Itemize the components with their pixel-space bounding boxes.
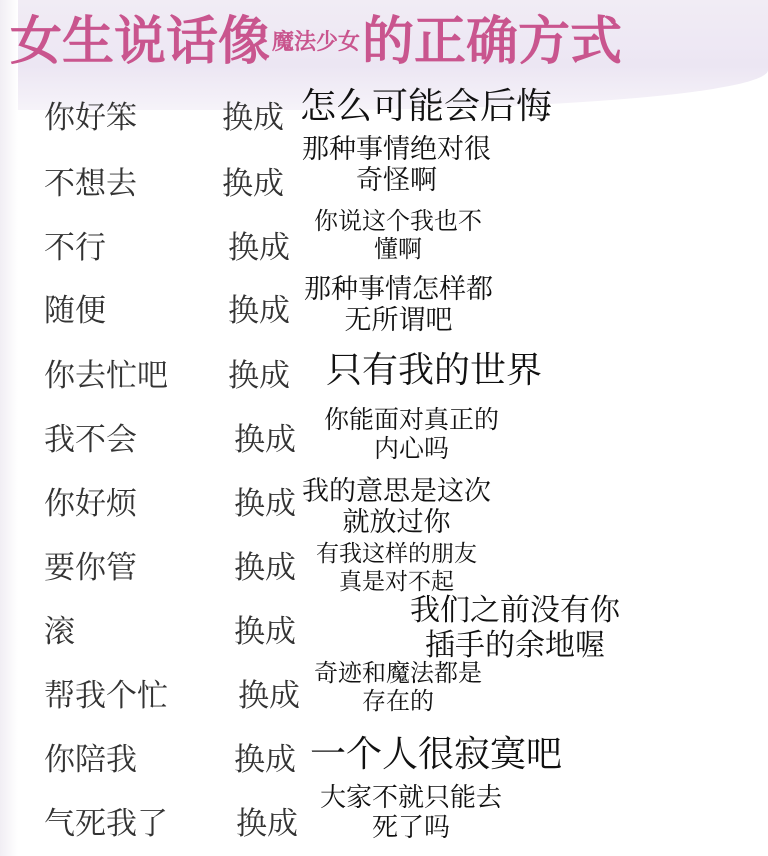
swap-label: 换成 (234, 606, 296, 651)
replacement-line: 存在的 (314, 688, 482, 716)
replacement-line: 奇迹和魔法都是 (314, 660, 482, 688)
replacement-line: 内心吗 (324, 435, 499, 464)
replacement-phrase: 怎么可能会后悔 (300, 86, 552, 127)
original-phrase: 要你管 (44, 542, 137, 587)
replacement-line: 奇怪啊 (302, 165, 491, 196)
replacement-line: 就放过你 (302, 507, 491, 538)
swap-label: 换成 (228, 350, 290, 395)
title-part-1: 女生说话像 (10, 0, 270, 74)
swap-label: 换成 (222, 92, 284, 137)
page-title: 女生说话像 魔法少女 的正确方式 (10, 4, 622, 68)
replacement-phrase: 我的意思是这次 就放过你 (302, 476, 491, 538)
replacement-line: 你能面对真正的 (324, 406, 499, 435)
original-phrase: 你陪我 (44, 734, 137, 779)
replacement-line: 我的意思是这次 (302, 476, 491, 507)
swap-label: 换成 (236, 798, 298, 843)
original-phrase: 不行 (44, 222, 106, 267)
swap-label: 换成 (238, 670, 300, 715)
original-phrase: 不想去 (44, 158, 137, 203)
replacement-line: 有我这样的朋友 (316, 541, 477, 569)
swap-label: 换成 (222, 158, 284, 203)
original-phrase: 我不会 (44, 414, 137, 459)
replacement-line: 那种事情怎样都 (304, 274, 493, 305)
replacement-line: 插手的余地喔 (410, 629, 620, 664)
original-phrase: 你好笨 (44, 92, 137, 137)
replacement-line: 只有我的世界 (326, 350, 542, 391)
replacement-phrase: 有我这样的朋友 真是对不起 (316, 541, 477, 596)
original-phrase: 你去忙吧 (44, 350, 168, 395)
title-inset: 魔法少女 (272, 25, 360, 56)
swap-label: 换成 (234, 414, 296, 459)
replacement-line: 我们之前没有你 (410, 594, 620, 629)
replacement-line: 大家不就只能去 (320, 784, 502, 814)
replacement-phrase: 那种事情怎样都 无所谓吧 (304, 274, 493, 336)
replacement-phrase: 一个人很寂寞吧 (310, 734, 562, 775)
replacement-line: 懂啊 (314, 236, 482, 264)
swap-label: 换成 (228, 222, 290, 267)
replacement-line: 死了吗 (320, 814, 502, 844)
replacement-phrase: 你说这个我也不 懂啊 (314, 208, 482, 263)
original-phrase: 你好烦 (44, 478, 137, 523)
swap-label: 换成 (228, 285, 290, 330)
original-phrase: 帮我个忙 (44, 670, 168, 715)
replacement-line: 无所谓吧 (304, 305, 493, 336)
replacement-phrase: 奇迹和魔法都是 存在的 (314, 660, 482, 715)
replacement-line: 那种事情绝对很 (302, 134, 491, 165)
original-phrase: 气死我了 (44, 798, 168, 843)
title-part-2: 的正确方式 (362, 0, 622, 74)
replacement-line: 怎么可能会后悔 (300, 86, 552, 127)
swap-label: 换成 (234, 542, 296, 587)
swap-label: 换成 (234, 734, 296, 779)
replacement-phrase: 我们之前没有你 插手的余地喔 (410, 594, 620, 663)
replacement-line: 一个人很寂寞吧 (310, 734, 562, 775)
swap-label: 换成 (234, 478, 296, 523)
replacement-phrase: 你能面对真正的 内心吗 (324, 406, 499, 464)
replacement-phrase: 大家不就只能去 死了吗 (320, 784, 502, 844)
replacement-phrase: 那种事情绝对很 奇怪啊 (302, 134, 491, 196)
replacement-line: 你说这个我也不 (314, 208, 482, 236)
left-edge-shade (0, 0, 18, 856)
replacement-phrase: 只有我的世界 (326, 350, 542, 391)
original-phrase: 随便 (44, 285, 106, 330)
original-phrase: 滚 (44, 606, 75, 651)
